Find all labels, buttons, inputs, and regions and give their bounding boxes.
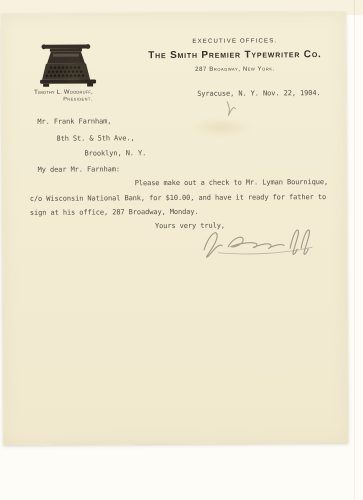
executive-offices-label: EXECUTIVE OFFICES. [131,38,339,45]
officer-name: Timothy L. Woodruff, [34,89,93,95]
body-line-1: Please make out a check to Mr. Lyman Bou… [135,178,328,187]
paper-stain [189,119,253,137]
recipient-street-line: 8th St. & 5th Ave., [56,134,134,142]
company-address: 287 Broadway, New York. [131,66,339,73]
body-line-2: c/o Wisconsin National Bank, for $10.00,… [30,193,326,203]
scan-edge-line [354,0,355,500]
paper-stain-small [61,54,87,94]
company-name: The Smith Premier Typewriter Co. [115,49,355,61]
letter-paper: EXECUTIVE OFFICES. The Smith Premier Typ… [1,12,349,445]
recipient-city-line: Brooklyn, N. Y. [85,149,147,157]
officer-title: President. [63,96,92,102]
dateline: Syracuse, N. Y. Nov. 22, 1904. [197,89,320,98]
signature-scrawl [198,224,318,261]
salutation: My dear Mr. Farnham: [38,165,120,174]
body-line-3: sign at his office, 287 Broadway, Monday… [30,208,199,217]
recipient-name-line: Mr. Frank Farnham, [37,117,111,125]
pencil-checkmark [223,99,239,119]
